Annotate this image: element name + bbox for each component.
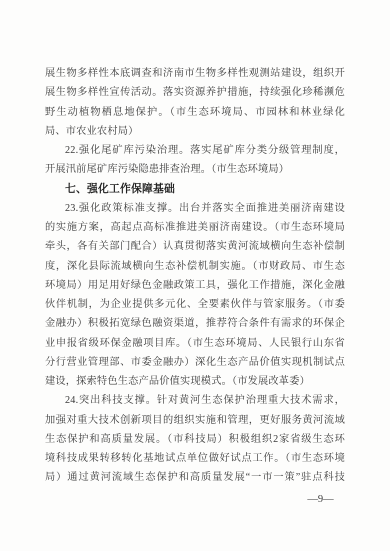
document-body: 展生物多样性本底调查和济南市生物多样性观测站建设，组织开展生物多样性宣传活动。落… — [45, 64, 345, 488]
text-line: 展生物多样性本底调查和济南市生物多样性观测站建设，组织开 — [45, 64, 345, 83]
text-line: 23.强化政策标准支撑。出台并落实全面推进美丽济南建设 — [45, 199, 345, 218]
page-number: —9— — [296, 493, 345, 507]
text-line: 分行营业管理部、市委金融办）深化生态产品价值实现机制试点 — [45, 353, 345, 372]
text-line: 局）通过黄河流域生态保护和高质量发展“一市一策”驻点科技 — [45, 468, 345, 487]
text-line: 22.强化尾矿库污染治理。落实尾矿库分类分级管理制度， — [45, 141, 345, 160]
text-line: 局、市农业农村局） — [45, 122, 345, 141]
text-line: 金融办）积极拓宽绿色融资渠道，推荐符合条件有需求的环保企 — [45, 314, 345, 333]
text-line: 野生动植物栖息地保护。（市生态环境局、市园林和林业绿化 — [45, 103, 345, 122]
text-line: 的实施方案，高起点高标准推进美丽济南建设。（市生态环境局 — [45, 218, 345, 237]
text-line: 境科技成果转移转化基地试点单位做好试点工作。（市生态环境 — [45, 449, 345, 468]
section-heading: 七、强化工作保障基础 — [45, 180, 345, 199]
scanned-document-page: 展生物多样性本底调查和济南市生物多样性观测站建设，组织开展生物多样性宣传活动。落… — [0, 0, 390, 551]
text-line: 牵头，各有关部门配合）认真贯彻落实黄河流域横向生态补偿制 — [45, 237, 345, 256]
text-line: 环境局）用足用好绿色金融政策工具，强化工作措施，深化金融 — [45, 276, 345, 295]
text-line: 业申报省级环保金融项目库。（市生态环境局、人民银行山东省 — [45, 334, 345, 353]
text-line: 度，深化县际流域横向生态补偿机制实施。（市财政局、市生态 — [45, 257, 345, 276]
text-line: 开展汛前尾矿库污染隐患排查治理。（市生态环境局） — [45, 160, 345, 179]
text-line: 生态保护和高质量发展。（市科技局）积极组织2家省级生态环 — [45, 430, 345, 449]
text-line: 伙伴机制，为企业提供多元化、全要素伙伴与管家服务。（市委 — [45, 295, 345, 314]
text-line: 24.突出科技支撑。针对黄河生态保护治理重大技术需求， — [45, 391, 345, 410]
text-line: 展生物多样性宣传活动。落实资源养护措施，持续强化珍稀濒危 — [45, 83, 345, 102]
text-line: 加强对重大技术创新项目的组织实施和管理，更好服务黄河流域 — [45, 411, 345, 430]
text-line: 建设，探索特色生态产品价值实现模式。（市发展改革委） — [45, 372, 345, 391]
